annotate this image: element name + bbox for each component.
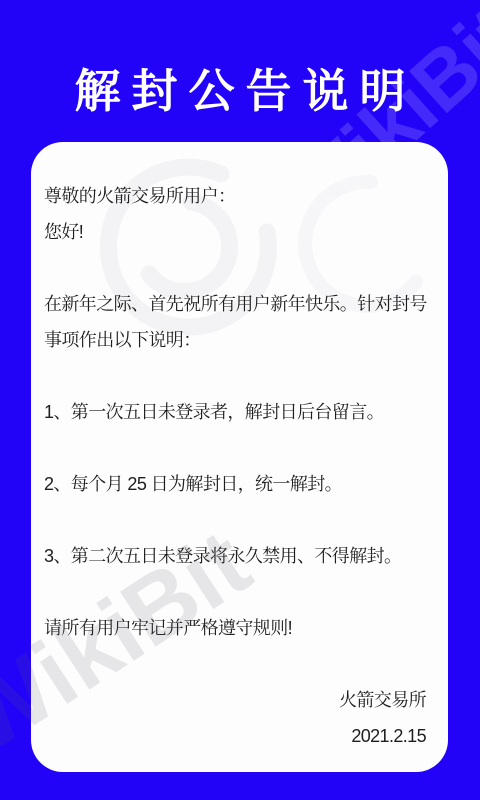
salutation-text: 尊敬的火箭交易所用户： [44,186,235,206]
signature-name: 火箭交易所 [339,690,426,710]
page-title: 解封公告说明 [0,63,480,119]
greeting-text: 您好! [44,222,83,242]
rule-item-3: 3、第二次五日未登录将永久禁用、不得解封。 [44,538,432,574]
intro-text: 在新年之际、首先祝所有用户新年快乐。针对封号事项作出以下说明： [44,286,432,358]
signature-block: 火箭交易所 2021.2.15 [44,682,432,754]
rule-item-1: 1、第一次五日未登录者，解封日后台留言。 [44,394,432,430]
notice-body: 尊敬的火箭交易所用户： 您好! 在新年之际、首先祝所有用户新年快乐。针对封号事项… [31,142,448,754]
notice-card: 尊敬的火箭交易所用户： 您好! 在新年之际、首先祝所有用户新年快乐。针对封号事项… [31,142,448,772]
salutation-block: 尊敬的火箭交易所用户： 您好! [44,178,432,250]
signature-date: 2021.2.15 [351,726,426,746]
announcement-screen: { "page": { "title": "解封公告说明" }, "notice… [0,0,480,800]
rule-item-2: 2、每个月 25 日为解封日，统一解封。 [44,466,432,502]
closing-text: 请所有用户牢记并严格遵守规则! [44,610,432,646]
